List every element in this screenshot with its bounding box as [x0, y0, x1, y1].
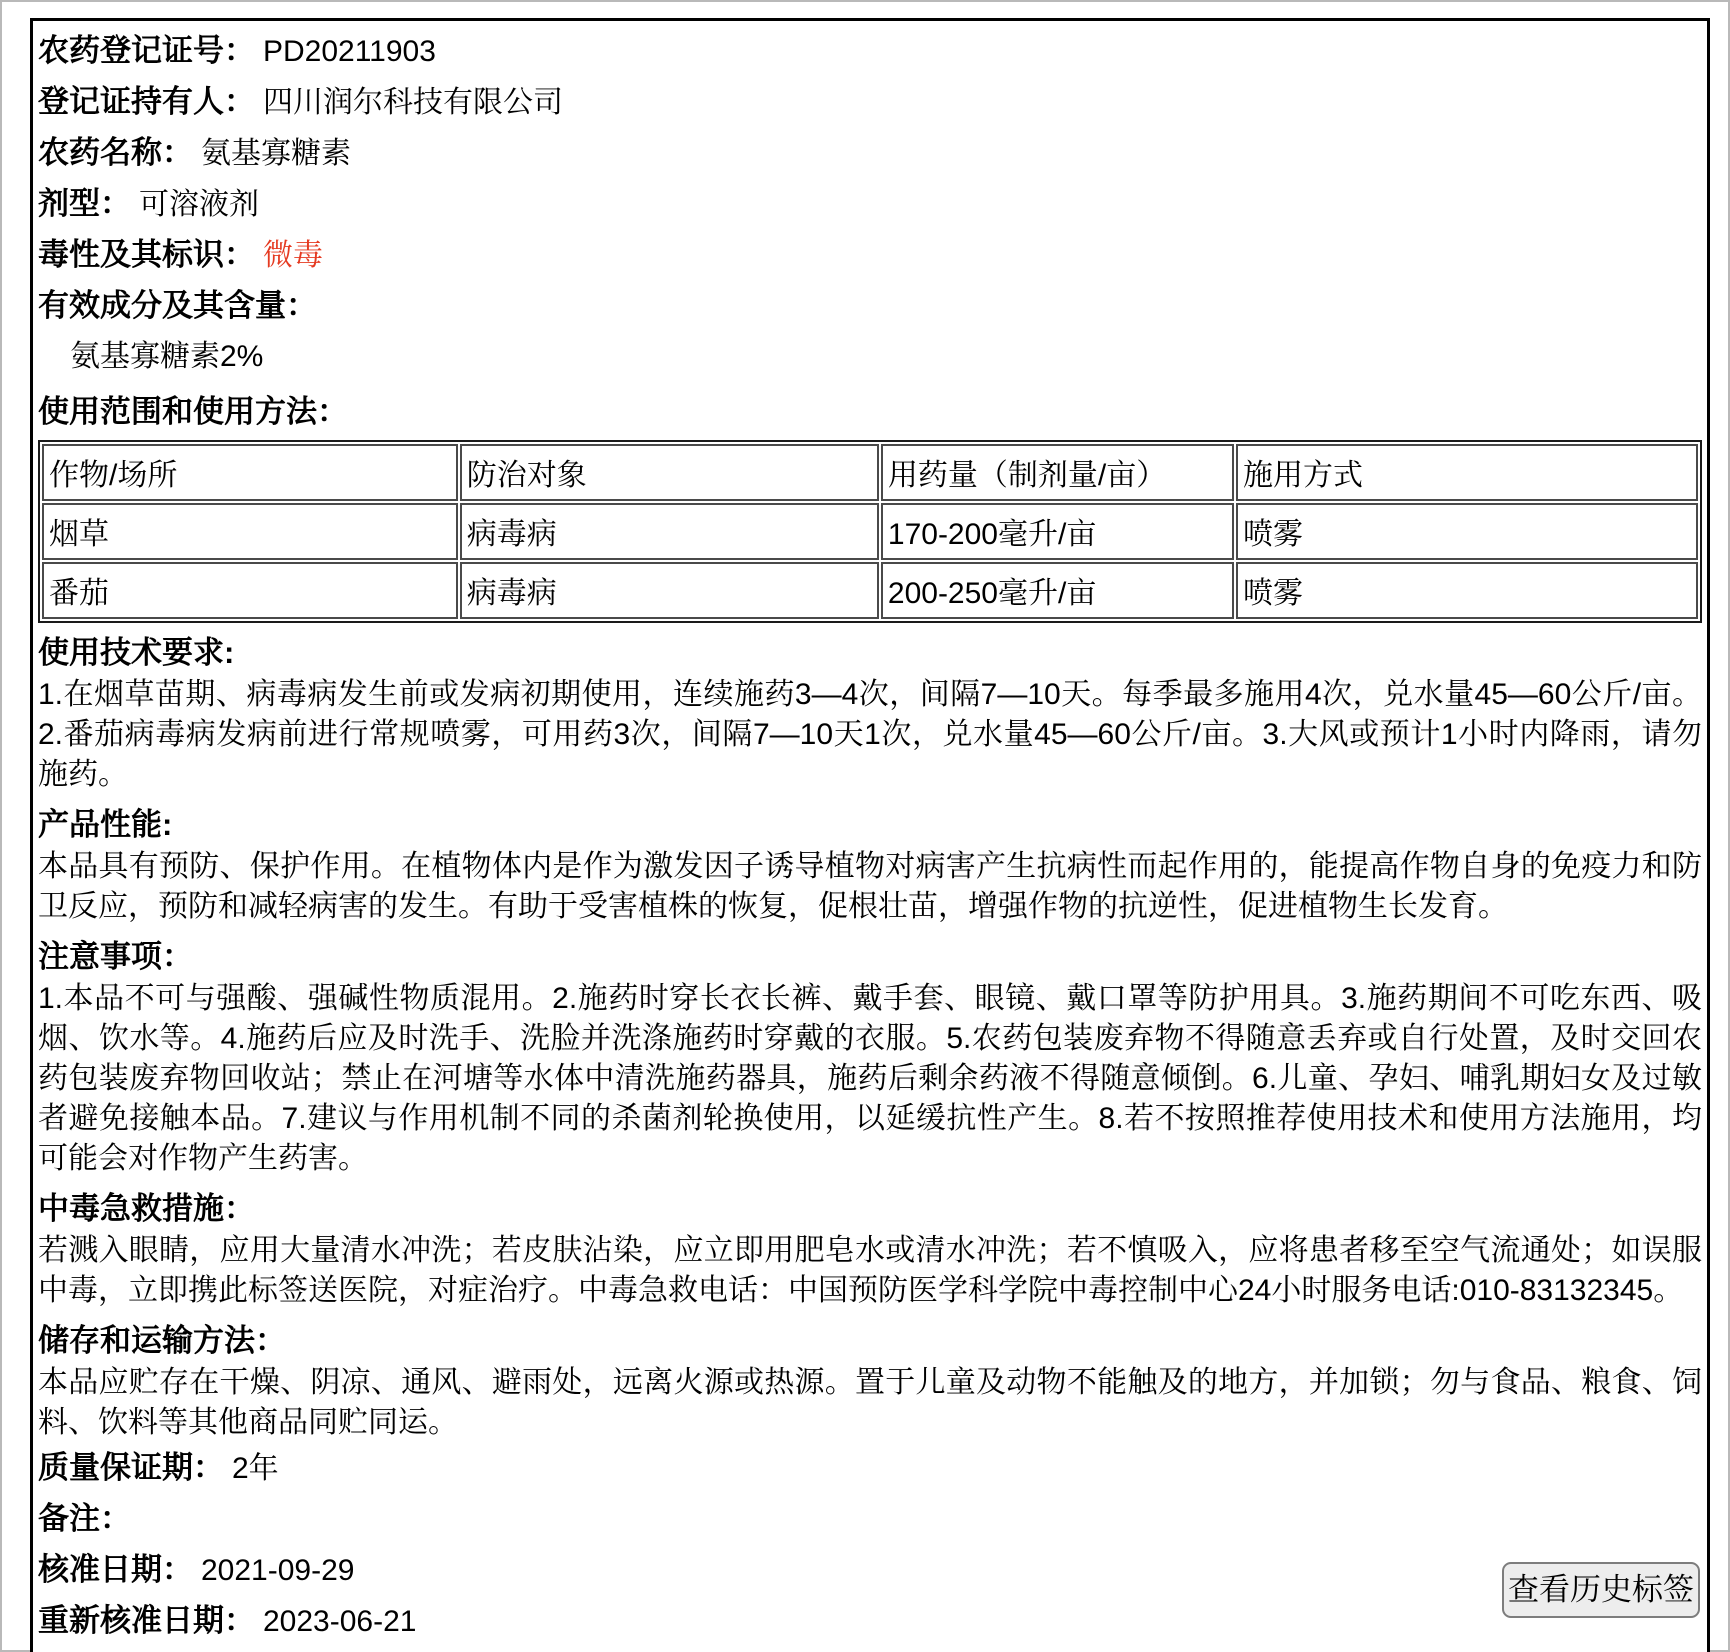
product-performance-body: 本品具有预防、保护作用。在植物体内是作为激发因子诱导植物对病害产生抗病性而起作用…	[38, 847, 1702, 927]
usage-row1-crop: 烟草	[42, 503, 458, 560]
technical-requirements-heading: 使用技术要求:	[38, 631, 1702, 675]
usage-row1-method: 喷雾	[1236, 503, 1698, 560]
field-pesticide-name: 农药名称：氨基寡糖素	[38, 128, 1702, 179]
field-toxicity: 毒性及其标识：微毒	[38, 230, 1702, 281]
usage-header-dosage: 用药量（制剂量/亩）	[881, 444, 1234, 501]
shelf-life-label: 质量保证期：	[38, 1450, 224, 1485]
usage-header-target: 防治对象	[460, 444, 879, 501]
toxicity-value: 微毒	[263, 239, 323, 272]
pesticide-name-value: 氨基寡糖素	[201, 137, 351, 170]
usage-row1-dosage: 170-200毫升/亩	[881, 503, 1234, 560]
field-formulation: 剂型：可溶液剂	[38, 179, 1702, 230]
usage-table: 作物/场所 防治对象 用药量（制剂量/亩） 施用方式 烟草 病毒病 170-20…	[38, 440, 1702, 623]
usage-row2-target: 病毒病	[460, 562, 879, 619]
usage-table-header-row: 作物/场所 防治对象 用药量（制剂量/亩） 施用方式	[42, 444, 1698, 501]
formulation-label: 剂型：	[38, 186, 131, 221]
formulation-value: 可溶液剂	[139, 188, 259, 221]
approval-date-value: 2021-09-29	[201, 1554, 354, 1587]
product-performance-heading: 产品性能:	[38, 803, 1702, 847]
field-registration-number: 农药登记证号：PD20211903	[38, 26, 1702, 77]
field-reapproval-date: 重新核准日期：2023-06-21	[38, 1596, 1702, 1647]
view-history-labels-button[interactable]: 查看历史标签	[1502, 1562, 1700, 1618]
certificate-holder-value: 四川润尔科技有限公司	[263, 86, 563, 119]
first-aid-body: 若溅入眼睛，应用大量清水冲洗；若皮肤沾染，应立即用肥皂水或清水冲洗；若不慎吸入，…	[38, 1231, 1702, 1311]
registration-number-value: PD20211903	[263, 35, 436, 68]
field-active-ingredient-heading: 有效成分及其含量：	[38, 281, 1702, 332]
storage-transport-body: 本品应贮存在干燥、阴凉、通风、避雨处，远离火源或热源。置于儿童及动物不能触及的地…	[38, 1363, 1702, 1443]
table-row: 烟草 病毒病 170-200毫升/亩 喷雾	[42, 503, 1698, 560]
usage-row2-method: 喷雾	[1236, 562, 1698, 619]
registration-detail-panel: 农药登记证号：PD20211903 登记证持有人：四川润尔科技有限公司 农药名称…	[30, 18, 1710, 1652]
usage-header-crop: 作物/场所	[42, 444, 458, 501]
usage-row2-crop: 番茄	[42, 562, 458, 619]
certificate-holder-label: 登记证持有人：	[38, 84, 255, 119]
usage-header-method: 施用方式	[1236, 444, 1698, 501]
registration-number-label: 农药登记证号：	[38, 33, 255, 68]
field-shelf-life: 质量保证期：2年	[38, 1443, 1702, 1494]
reapproval-date-label: 重新核准日期：	[38, 1603, 255, 1638]
usage-table-title: 使用范围和使用方法：	[38, 390, 1702, 434]
field-certificate-holder: 登记证持有人：四川润尔科技有限公司	[38, 77, 1702, 128]
remarks-label: 备注：	[38, 1501, 131, 1536]
first-aid-heading: 中毒急救措施：	[38, 1187, 1702, 1231]
usage-row1-target: 病毒病	[460, 503, 879, 560]
toxicity-label: 毒性及其标识：	[38, 237, 255, 272]
table-row: 番茄 病毒病 200-250毫升/亩 喷雾	[42, 562, 1698, 619]
active-ingredient-label: 有效成分及其含量：	[38, 288, 317, 323]
pesticide-name-label: 农药名称：	[38, 135, 193, 170]
precautions-heading: 注意事项：	[38, 935, 1702, 979]
field-approval-date: 核准日期：2021-09-29	[38, 1545, 1702, 1596]
storage-transport-heading: 储存和运输方法：	[38, 1319, 1702, 1363]
shelf-life-value: 2年	[232, 1452, 279, 1485]
approval-date-label: 核准日期：	[38, 1552, 193, 1587]
precautions-body: 1.本品不可与强酸、强碱性物质混用。2.施药时穿长衣长裤、戴手套、眼镜、戴口罩等…	[38, 979, 1702, 1179]
technical-requirements-body: 1.在烟草苗期、病毒病发生前或发病初期使用，连续施药3—4次，间隔7—10天。每…	[38, 675, 1702, 795]
usage-row2-dosage: 200-250毫升/亩	[881, 562, 1234, 619]
active-ingredient-content: 氨基寡糖素2%	[38, 332, 1702, 382]
field-remarks: 备注：	[38, 1494, 1702, 1545]
reapproval-date-value: 2023-06-21	[263, 1605, 416, 1638]
pesticide-registration-detail-page: { "colors": { "toxicity_text": "#e53a21"…	[0, 0, 1730, 1652]
